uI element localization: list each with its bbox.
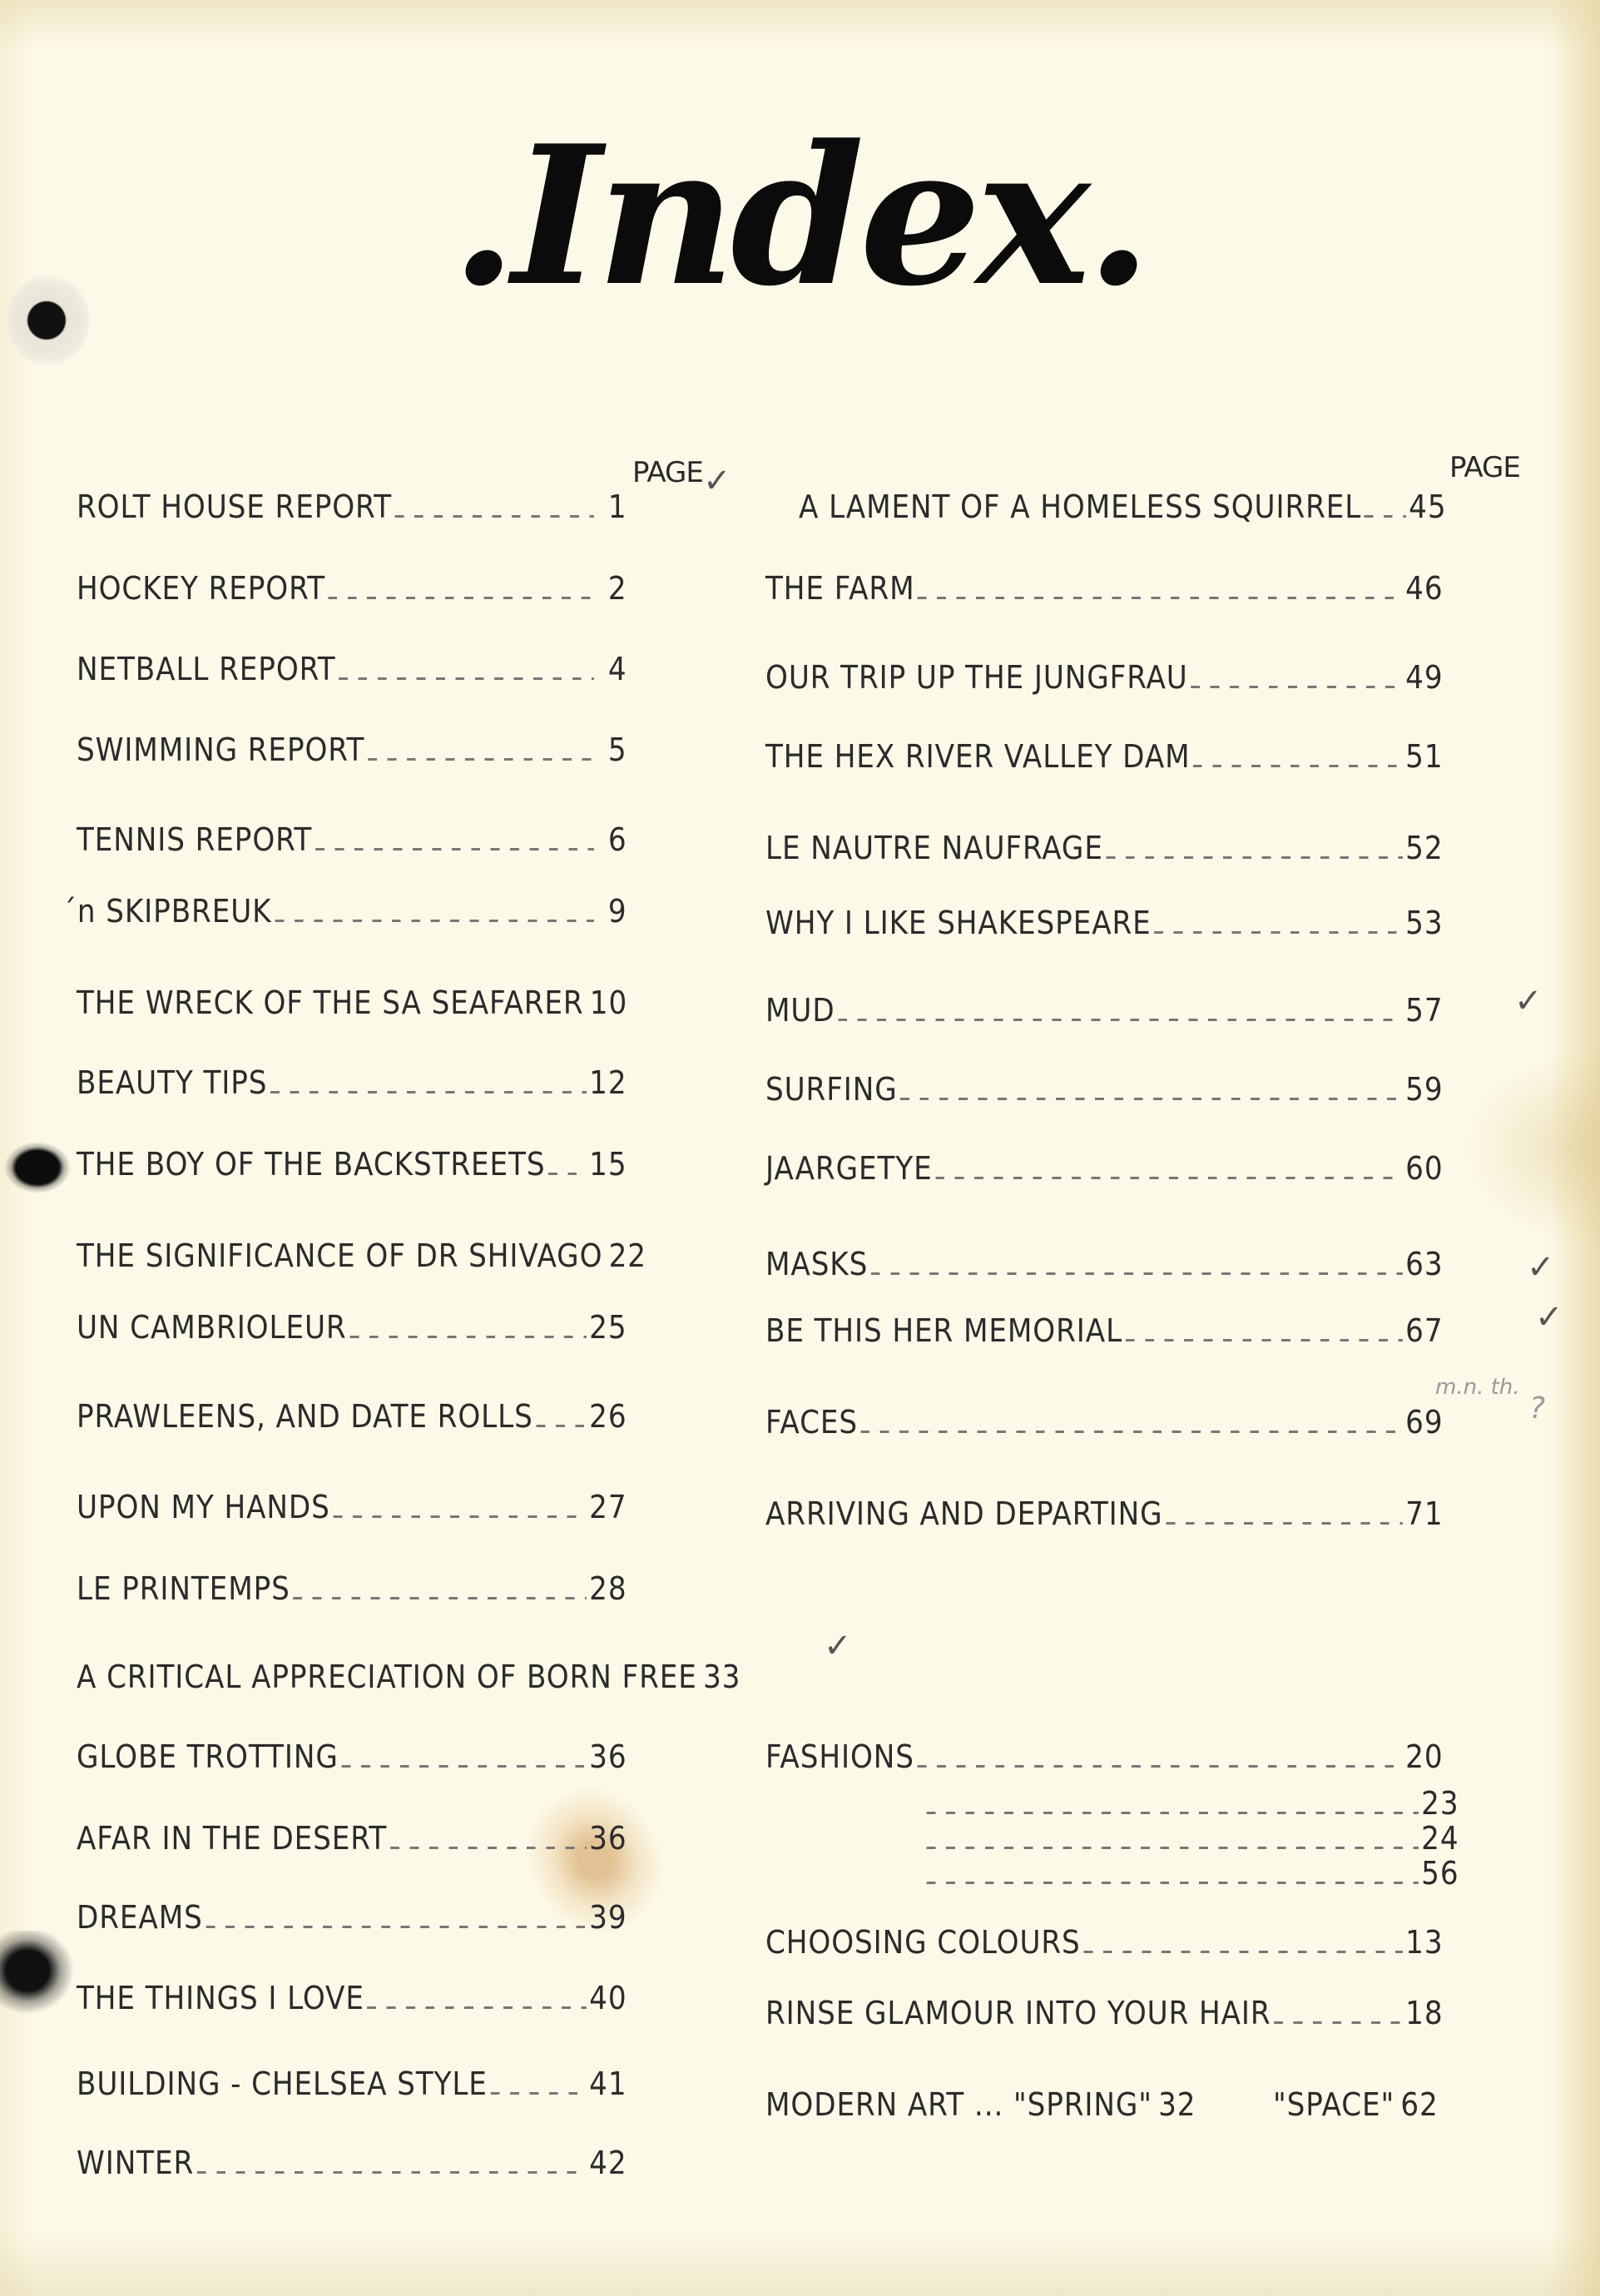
- index-entry: PRAWLEENS, AND DATE ROLLS 26: [77, 1401, 627, 1432]
- dot-leader: [1083, 1951, 1402, 1953]
- index-entry: THE THINGS I LOVE 40: [77, 1982, 627, 2014]
- entry-title: SWIMMING REPORT: [77, 734, 364, 766]
- dot-leader: [275, 920, 594, 922]
- index-entry: 23: [924, 1788, 1459, 1819]
- entry-page-number: 18: [1405, 1997, 1443, 2029]
- dot-leader: [395, 515, 594, 518]
- dot-leader: [927, 1812, 1419, 1814]
- dot-leader: [390, 1847, 587, 1849]
- entry-page-number: 41: [589, 2068, 627, 2100]
- entry-page-number: 36: [589, 1822, 627, 1854]
- index-entry: THE SIGNIFICANCE OF DR SHIVAGO 22: [77, 1240, 627, 1272]
- index-entry: THE WRECK OF THE SA SEAFARER 10: [77, 987, 627, 1019]
- entry-page-number: 28: [589, 1573, 627, 1604]
- entry-page-number: 62: [1400, 2089, 1430, 2120]
- dot-leader: [927, 1847, 1419, 1849]
- entry-page-number: 40: [589, 1982, 627, 2014]
- pencil-note: m.n. th.: [1435, 1375, 1520, 1400]
- entry-title: UPON MY HANDS: [77, 1491, 330, 1523]
- index-entry: ROLT HOUSE REPORT 1: [77, 491, 627, 523]
- dot-leader: [536, 1425, 586, 1427]
- entry-title: BUILDING - CHELSEA STYLE: [77, 2068, 488, 2100]
- index-entry: SWIMMING REPORT 5: [77, 734, 627, 766]
- left-index-column: ROLT HOUSE REPORT 1 HOCKEY REPORT 2 NETB…: [77, 0, 688, 2296]
- dot-leader: [367, 2006, 586, 2009]
- index-entry: NETBALL REPORT 4: [77, 653, 627, 685]
- entry-title: GLOBE TROTTING: [77, 1741, 339, 1773]
- entry-page-number: 24: [1421, 1822, 1459, 1854]
- entry-page-number: 4: [597, 653, 627, 685]
- dot-leader: [339, 677, 594, 680]
- entry-title: FASHIONS: [765, 1741, 914, 1773]
- entry-page-number: 12: [589, 1067, 627, 1098]
- index-entry: AFAR IN THE DESERT 36: [77, 1822, 627, 1854]
- entry-page-number: 6: [597, 824, 627, 855]
- entry-title: DREAMS: [77, 1902, 203, 1933]
- entry-title: WINTER: [77, 2147, 194, 2179]
- ink-blot: [0, 1138, 75, 1197]
- dot-leader: [349, 1336, 586, 1338]
- entry-page-number: 10: [590, 987, 627, 1019]
- dot-leader: [927, 1882, 1419, 1884]
- dot-leader: [333, 1515, 586, 1518]
- dot-leader: [341, 1765, 586, 1768]
- entry-page-number: 15: [589, 1148, 627, 1180]
- entry-page-number: 5: [597, 734, 627, 766]
- entry-page-number: 39: [589, 1902, 627, 1933]
- index-entry: 24: [924, 1822, 1459, 1854]
- index-entry: HOCKEY REPORT 2: [77, 573, 627, 604]
- entry-page-number: 22: [609, 1240, 639, 1272]
- entry-page-number: 13: [1405, 1927, 1443, 1958]
- index-entry: RINSE GLAMOUR INTO YOUR HAIR 18: [765, 1997, 1444, 2029]
- question-mark: ?: [1529, 1391, 1545, 1426]
- entry-page-number: 20: [1405, 1741, 1443, 1773]
- entry-title: THE BOY OF THE BACKSTREETS: [77, 1148, 545, 1180]
- entry-title: HOCKEY REPORT: [77, 573, 325, 604]
- index-entry: GLOBE TROTTING 36: [77, 1741, 627, 1773]
- entry-title: UN CAMBRIOLEUR: [77, 1312, 347, 1343]
- index-entry: WINTER 42: [77, 2147, 627, 2179]
- entry-title: BEAUTY TIPS: [77, 1067, 267, 1098]
- entry-page-number: 42: [589, 2147, 627, 2179]
- dot-leader: [315, 848, 594, 850]
- dot-leader: [368, 758, 594, 761]
- dot-leader: [490, 2092, 586, 2095]
- tick-mark-icon: ✓: [824, 1627, 852, 1665]
- index-entry: FASHIONS 20: [765, 1741, 1444, 1773]
- entry-title: ROLT HOUSE REPORT: [77, 491, 392, 523]
- entry-title: "SPACE": [1273, 2089, 1394, 2120]
- index-entry: UPON MY HANDS 27: [77, 1491, 627, 1523]
- entry-title: MODERN ART ... "SPRING": [765, 2089, 1152, 2120]
- entry-title: RINSE GLAMOUR INTO YOUR HAIR: [765, 1997, 1271, 2029]
- entry-page-number: 32: [1158, 2089, 1188, 2120]
- dot-leader: [270, 1091, 587, 1093]
- index-entry-space: "SPACE" 62: [1273, 2089, 1404, 2120]
- index-entry: TENNIS REPORT 6: [77, 824, 627, 855]
- entry-title: CHOOSING COLOURS: [765, 1927, 1081, 1958]
- dot-leader: [548, 1173, 587, 1175]
- tick-mark-icon: ✓: [1527, 1248, 1555, 1287]
- entry-page-number: 26: [589, 1401, 627, 1432]
- entry-title: AFAR IN THE DESERT: [77, 1822, 387, 1854]
- entry-title: THE THINGS I LOVE: [77, 1982, 364, 2014]
- index-entry: THE BOY OF THE BACKSTREETS 15: [77, 1148, 627, 1180]
- index-entry: LE PRINTEMPS 28: [77, 1573, 627, 1604]
- entry-page-number: 2: [597, 573, 627, 604]
- entry-page-number: 36: [589, 1741, 627, 1773]
- entry-title: THE SIGNIFICANCE OF DR SHIVAGO: [77, 1240, 602, 1272]
- index-entry: BEAUTY TIPS 12: [77, 1067, 627, 1098]
- index-entry: A CRITICAL APPRECIATION OF BORN FREE 33: [77, 1661, 627, 1693]
- index-entry: UN CAMBRIOLEUR 25: [77, 1312, 627, 1343]
- tick-mark-icon: ✓: [703, 462, 731, 500]
- entry-page-number: 9: [597, 895, 627, 927]
- index-entry: CHOOSING COLOURS 13: [765, 1927, 1444, 1958]
- entry-title: NETBALL REPORT: [77, 653, 336, 685]
- entry-title: THE WRECK OF THE SA SEAFARER: [77, 987, 584, 1019]
- dot-leader: [293, 1597, 586, 1599]
- index-entry: DREAMS 39: [77, 1902, 627, 1933]
- entry-title: TENNIS REPORT: [77, 824, 312, 855]
- index-entry: 56: [924, 1857, 1459, 1889]
- dot-leader: [1274, 2021, 1402, 2024]
- entry-title: PRAWLEENS, AND DATE ROLLS: [77, 1401, 533, 1432]
- index-entry: ́n SKIPBREUK 9: [77, 895, 627, 927]
- index-entry: BUILDING - CHELSEA STYLE 41: [77, 2068, 627, 2100]
- bottom-right-index-column: FASHIONS 20 23 24 56 CHOOSING COLOURS 13…: [765, 0, 1518, 2296]
- entry-page-number: 33: [703, 1661, 733, 1693]
- entry-page-number: 27: [589, 1491, 627, 1523]
- entry-title: A CRITICAL APPRECIATION OF BORN FREE: [77, 1661, 697, 1693]
- dot-leader: [206, 1926, 586, 1928]
- entry-page-number: 25: [589, 1312, 627, 1343]
- entry-page-number: 1: [597, 491, 627, 523]
- tick-mark-icon: ✓: [1514, 982, 1543, 1020]
- index-entry: MODERN ART ... "SPRING" 32: [765, 2089, 1189, 2120]
- entry-title: LE PRINTEMPS: [77, 1573, 290, 1604]
- dot-leader: [329, 597, 594, 599]
- entry-page-number: 56: [1421, 1857, 1459, 1889]
- dot-leader: [917, 1765, 1402, 1768]
- entry-title: ́n SKIPBREUK: [77, 895, 271, 927]
- entry-page-number: 23: [1421, 1788, 1459, 1819]
- tick-mark-icon: ✓: [1535, 1298, 1563, 1336]
- dot-leader: [197, 2171, 587, 2174]
